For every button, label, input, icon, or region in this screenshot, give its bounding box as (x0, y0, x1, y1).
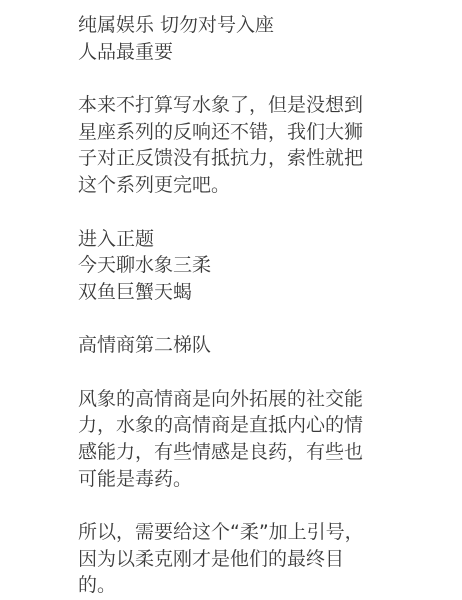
section-heading: 高情商第二梯队 (78, 332, 388, 359)
text-line: 因为以柔克刚才是他们的最终目 (78, 546, 388, 573)
text-line: 本来不打算写水象了，但是没想到 (78, 92, 388, 119)
text-line: 所以，需要给这个“柔”加上引号， (78, 519, 388, 546)
text-line: 今天聊水象三柔 (78, 252, 388, 279)
paragraph-gap (78, 199, 388, 226)
paragraph-gap (78, 492, 388, 519)
text-line: 的。 (78, 572, 388, 599)
text-line: 纯属娱乐 切勿对号入座 (78, 12, 388, 39)
article-body: 纯属娱乐 切勿对号入座 人品最重要 本来不打算写水象了，但是没想到 星座系列的反… (78, 12, 388, 599)
text-line: 风象的高情商是向外拓展的社交能 (78, 386, 388, 413)
text-line: 进入正题 (78, 226, 388, 253)
text-line: 星座系列的反响还不错，我们大狮 (78, 119, 388, 146)
paragraph-body-1: 风象的高情商是向外拓展的社交能 力，水象的高情商是直抵内心的情 感能力，有些情感… (78, 386, 388, 493)
text-line: 双鱼巨蟹天蝎 (78, 279, 388, 306)
paragraph-body-2: 所以，需要给这个“柔”加上引号， 因为以柔克刚才是他们的最终目 的。 (78, 519, 388, 599)
paragraph-heading: 高情商第二梯队 (78, 332, 388, 359)
text-line: 子对正反馈没有抵抗力，索性就把 (78, 145, 388, 172)
text-line: 可能是毒药。 (78, 466, 388, 493)
text-line: 人品最重要 (78, 39, 388, 66)
paragraph-disclaimer: 纯属娱乐 切勿对号入座 人品最重要 (78, 12, 388, 65)
text-line: 感能力，有些情感是良药，有些也 (78, 439, 388, 466)
paragraph-intro: 本来不打算写水象了，但是没想到 星座系列的反响还不错，我们大狮 子对正反馈没有抵… (78, 92, 388, 199)
text-line: 这个系列更完吧。 (78, 172, 388, 199)
paragraph-topic: 进入正题 今天聊水象三柔 双鱼巨蟹天蝎 (78, 226, 388, 306)
paragraph-gap (78, 359, 388, 386)
text-line: 力，水象的高情商是直抵内心的情 (78, 412, 388, 439)
paragraph-gap (78, 65, 388, 92)
paragraph-gap (78, 306, 388, 333)
